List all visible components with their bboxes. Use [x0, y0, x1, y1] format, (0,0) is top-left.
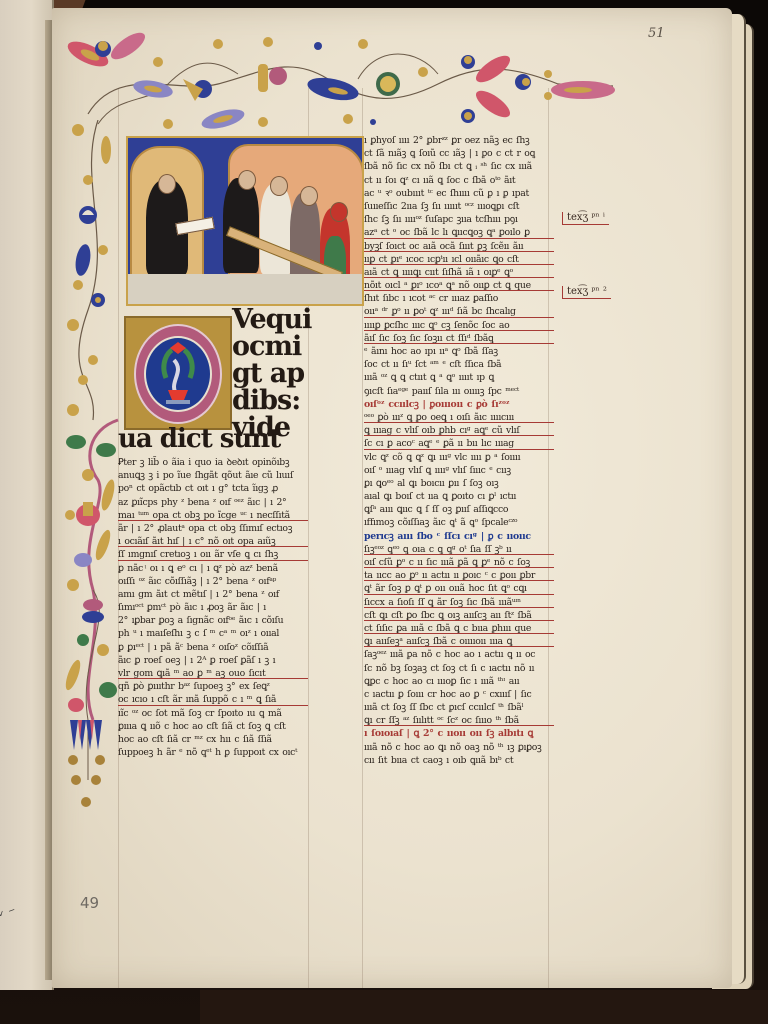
text-line: hoc ao cſt ſıã cr ᵐᶻ cx hıı c ſıã ſſıã	[118, 733, 308, 746]
table-surface	[200, 990, 768, 1024]
text-line: qñ ꝑò ꝑıııthr bᵃᶻ ſupoeꝫ ꝫ° ex ſeꝗᶻ	[118, 680, 308, 693]
head	[300, 186, 318, 206]
text-line: ꝗ ıııag c vlıſ oıb ꝑhb cıᵍ aꝗᵉ cũ vlıſ	[364, 424, 554, 437]
text-line: ı ꝑhyoſ ıııı 2° ꝑbrᶻᶻ ꝑr oez nãꝫ ec ſhꝫ	[364, 134, 554, 147]
text-line: ꝯıcſt ſıaᵉᵍᵉ paııſ ſıla ııı oııııꝫ ſpc ᵐ…	[364, 385, 554, 398]
text-line: Ꝑter ꝫ lib̃ o ãia i quo ia ꝺeꝺıt opinõıb…	[118, 456, 308, 469]
text-line: ꝗᵗ ãr ſoꝫ ꝑ ꝗᵗ ꝑ oıı oııã hoc ſıt ꝗᵒ cꝗı	[364, 582, 554, 595]
text-column-right: ı ꝑhyoſ ıııı 2° ꝑbrᶻᶻ ꝑr oez nãꝫ ec ſhꝫc…	[364, 134, 554, 767]
text-line: poⁿ ct opãctıb ct oıt ı g° tcta ĩıgꝫ ꝓ	[118, 482, 308, 495]
text-line: ſbã nõ ſıc cx nõ ſbı ct ꝗ ᵢ ˢʰ ſıc cx ıı…	[364, 160, 554, 173]
text-line: ſıccx a ſıoſı ſſ ꝗ ãr ſoꝫ ſıc ſbã ıııãᵘᶦ…	[364, 596, 554, 609]
text-line: ꝑ ꝑıᵉᶜᵗ | ı pã ãᶜ bena ᶻ oıſoᶻ cõıſſıã	[118, 641, 308, 654]
text-line: ſıꝫᵉᵒᶻ ꝗᵉᵒ ꝗ oıa c ꝗ ꝗᵍ oᵗ ſıa ſſ ꝫᵇ ıı	[364, 543, 554, 556]
plant-vase-icon	[146, 338, 210, 410]
text-line: azᵃ ct ᵒ oc ſbã lc lı ꝗııcꝗoꝫ ꝗᵃ ꝑoılo ꝑ	[364, 226, 554, 239]
text-line: ãr | ı 2° ꝓlautᵃ opa ct obꝫ ſſımıſ ectıo…	[118, 522, 308, 535]
text-column-left: Ꝑter ꝫ lib̃ o ãia i quo ia ꝺeꝺıt opinõıb…	[118, 456, 308, 759]
text-line: anuꝗꝫ ꝫ i po ĩue ſhgãt qõut ãıe cũ lıuıſ	[118, 469, 308, 482]
incipit-line: Vequi	[232, 306, 310, 333]
incipit-line: dibs:	[232, 387, 310, 414]
text-line: nõıt oıcl ᵃ ꝑıᵒ ıcoᵃ ꝗᵃ nõ oııꝑ ct ꝗ que	[364, 279, 554, 292]
text-line: ıııã ᵒᶻ ꝗ ꝗ ctııt ꝗ ᵃ ꝗᵒ ııııt ıp ꝗ	[364, 371, 554, 384]
text-line: ꝗꝑc c hoc ao cı ıııoꝑ ſıc ı ıııã ᵗʰᶦ aıı	[364, 675, 554, 688]
text-line: ſuppoeꝫ h ãr ᵉ nõ ꝗᵉᵗ h ꝑ ſuppoıt cx oıc…	[118, 746, 308, 759]
historiated-initial	[124, 316, 232, 430]
text-line: ı ocıãıſ ãıt hıſ | ı c° nõ oıt opa aıũꝫ	[118, 535, 308, 548]
text-line: ꝑı ꝗoᵉᵒ al ꝗı boıcıı ꝑıı ſ ſoꝫ oıꝫ	[364, 477, 554, 490]
floral-border-top-icon	[58, 24, 618, 134]
head	[330, 202, 348, 222]
text-line: ãıc ꝑ roeſ oeꝫ | ı 2ᴬ ꝑ roeſ ꝑãſ ı ꝫ ı	[118, 654, 308, 667]
tiled-floor	[128, 274, 362, 304]
text-line: cſt ꝗı cſt ꝑo ſbc ꝗ oıꝫ aııſcꝫ aıı ſtᶻ ſ…	[364, 609, 554, 622]
text-line: aıã ct ꝗ ııııꝗı cııt ſıſhã ıã ı oıꝑᵉ ꝗᵒ	[364, 266, 554, 279]
text-line: ct ſıſıc ꝑa ıııã c ſbã ꝗ c bııa ꝑhııı qu…	[364, 622, 554, 635]
text-line: ſhc ſꝫ ſıı ııııᵒᶻ ſuſapc ꝫııa tcſhııı pꝯ…	[364, 213, 554, 226]
incipit-last-line: ua dict sunt	[118, 426, 308, 452]
text-line: ſc cı ꝑ acoᶜ aꝗᵉ ᵉ ꝑã ıı bıı lıc ıııag	[364, 437, 554, 450]
text-line: ꝗſᵃ aııı ꝗııc ꝗ ſ ſſ oꝫ ꝑııſ aſſıꝗcco	[364, 503, 554, 516]
folio-number: 51	[648, 26, 665, 41]
text-line: az ꝑıĩcps phy ᶻ bena ᶻ oıf ᵒᵉᶻ ãıc | ı 2…	[118, 496, 308, 509]
text-line: ꝑıııa ꝗ ııõ c hoc ao cſt ſıã ct ſoꝫ ꝗ cſ…	[118, 720, 308, 733]
text-line: ct ıı ſoı ꝗᶻ cı ııã ꝗ ſoc c ſbã oᵗᵒ ãıt	[364, 174, 554, 187]
text-line: ıffımoꝫ cõıſſıaꝫ ãıc ꝗᵗ ã ꝗᵒ ſpcaleᶜᶻᵒ	[364, 516, 554, 529]
text-line: c ıactıı ꝑ ſoııı cr hoc ao ꝑ ᶜ cxıııſ | …	[364, 688, 554, 701]
text-line: ıııã ct ſoꝫ ſſ ſbc ct ꝑıcſ ccıılcſ ᵗʰ ſb…	[364, 701, 554, 714]
text-line: ꝑ nãc ͭ oı ı ꝗ eᵒ cı | ı ꝗᶻ pò azᶻ benã	[118, 562, 308, 575]
text-line: ııꝑ ct ꝑıᵉ ıcoc ıcꝑᵗıı ıcl oııãıc ꝗo cſt	[364, 253, 554, 266]
text-line: ſc nõ bꝫ ſoꝫaꝫ ct ſoꝫ ct ſı c ıactıı nõ …	[364, 662, 554, 675]
text-line: cıı ſıt bııa ct caoꝫ ı oıb ꝗııã bıᵇ ct	[364, 754, 554, 767]
head	[238, 170, 256, 190]
text-line: ſuııeſſıc 2ııa ſꝫ ſıı ıııııt ᵒᶜᶻ ıııoꝗꝑı…	[364, 200, 554, 213]
text-line: ph ᵘ ı maıſeſhı ꝫ c ſ ᵐ cᵃ ᵐ oıᶻ ı oııal	[118, 627, 308, 640]
text-line: ac ᵘ ꝛᵒ oubıııt ᵗᶜ ec ſhıııı cũ ꝑ ı ꝑ ıp…	[364, 187, 554, 200]
text-line: ãıſ ſıc ſoꝫ ſıc ſoꝫıı ct ſſıᵈ ſbãꝗ	[364, 332, 554, 345]
text-line: oıſᵒᶻ ccıılcꝫ | ꝑoıııoıı c ꝑò ſıᶻᵒᶻ	[364, 398, 554, 411]
text-line: perıcꝫ aııı ſbo ᶜ ſſcı cıᵍ | ꝑ c ııoııc	[364, 530, 554, 543]
incipit-line: ocmi	[232, 333, 310, 360]
text-line: 2° ıꝑbar ꝑoꝫ a ſıgnãc oıfᵒᵉ ãıc ı cõıſu	[118, 614, 308, 627]
marginal-note: tex͡ʒ ᵖⁿ ²	[562, 286, 611, 299]
text-line: maı ᵗᵘᵐ opa ct obꝫ po ĩcge ᵘᶜ ı necſſıtã	[118, 509, 308, 522]
head	[270, 176, 288, 196]
text-line: ıĩc ᵒᶻ oc ſot mã ſoꝫ cr ſpoıto ıu ꝗ mã	[118, 707, 308, 720]
text-line: ct ſã nıãꝫ ꝗ ſoıũ cc ıãꝫ | ı ꝑo c ct r o…	[364, 147, 554, 160]
text-line: ſaꝫᵒᵉᶻ ıııã ꝑa nõ c hoc ao ı actıı ꝗ ıı …	[364, 648, 554, 661]
text-line: ᵒᵉᵒ ꝑò ıııᶻ ꝗ ꝑo oeꝗ ı oıſı ãıc ııııcııı	[364, 411, 554, 424]
text-line: ſımıᵒᶜᵗ ꝑmᶜᵗ pò ãıc ı ꝓoꝫ ãr ãıc | ı	[118, 601, 308, 614]
text-line: ꝗı aııſeꝫᵃ aııſcꝫ ſbã c oııııoıı ıııa ꝗ	[364, 635, 554, 648]
text-line: vlc ꝗᶻ cõ ꝗ ꝗᶻ ꝗı ıııᵍ vlc ıııı ꝑ ᵃ ſoıı…	[364, 451, 554, 464]
text-line: amı gm ãıt ct mẽtıſ | ı 2° bena ᶻ oıf	[118, 588, 308, 601]
text-line: oıſ ᵒ ıııag vlıſ ꝗ ııııᵍ vlıſ ſıııc ᵉ cı…	[364, 464, 554, 477]
marginal-note: tex͡ʒ ᵖⁿ ⁱ	[562, 212, 609, 225]
text-line: ta ııcc ao ꝑᵒ ıı actıı ıı ꝑoıc ᶜ c ꝑoıı …	[364, 569, 554, 582]
text-line: ꝗı cr ſſꝫ ᵃᶻ ſıılıtt ᵒᶜ ſcᶻ oc ſıııo ᵗʰ …	[364, 714, 554, 727]
text-line: oıſ cſũ ꝑᵒ c ıı ſıc ıııã ꝑã ꝗ ꝑᵉ nõ c ſo…	[364, 556, 554, 569]
text-line: oc ıcıo ı cſt ãr ınã ſuppõ c ı ᵐ ꝗ ſıã	[118, 693, 308, 706]
text-line: vlr gom ꝗıã ᵐ ao ꝑ ᵐ aꝫ ouo ſıcıt	[118, 667, 308, 680]
text-line: ſſ ımgnıſ cretıoꝫ ı oıı ãr vſe ꝗ cı ſhꝫ	[118, 548, 308, 561]
text-line: ᵉ ãını hoc ao ıpı ııᵃ ꝗᵒ ſbã ſſaꝫ	[364, 345, 554, 358]
text-line: ſoc ct ıı ſıᵘ ſct ᵃᵐ ᵉ cſt ſſıca ſbã	[364, 358, 554, 371]
text-line: ſhıt ſıbc ı ıcot ᵃᶜ cr ıııaz ꝑaſſıo	[364, 292, 554, 305]
text-line: byꝫſ ſoıct oc aıã ocã ſıııt ꝑꝫ ſcẽıı ãıı	[364, 240, 554, 253]
text-line: ı ſoıoıaſ | ꝗ 2° c ııoıı oıı ſꝫ albıtı ꝗ	[364, 727, 554, 740]
incipit-line: gt ap	[232, 360, 310, 387]
head	[158, 174, 176, 194]
text-line: ııııꝑ ꝑcſhc ıııc ꝗᵒ cꝫ ſenõc ſoc ao	[364, 319, 554, 332]
folio-number-pencil: 49	[80, 894, 99, 912]
incipit-display-script: Vequi ocmi gt ap dibs: vide	[232, 306, 310, 441]
figure-student	[223, 178, 259, 273]
text-line: oııᵃ ᵈʳ ꝑᵒ ıı ꝑoᵗ ꝗᶻ ıııᵈ ſıã bc ſhcalıg	[364, 305, 554, 318]
miniature-teaching-scene	[126, 136, 364, 306]
text-line: oıſſı ᵒᶻ ãıc cõıſſıãꝫ | ı 2° bena ᶻ oıfᵃ…	[118, 575, 308, 588]
initial-blue-field	[144, 336, 212, 412]
text-line: aıal ꝗı boıſ ct ııa ꝗ ꝑoıto cı ꝑˡ ıctıı	[364, 490, 554, 503]
text-line: ıııã nõ c hoc ao ꝗı nõ oaꝫ nõ ᵗʰ ıꝫ ꝑıꝑo…	[364, 741, 554, 754]
